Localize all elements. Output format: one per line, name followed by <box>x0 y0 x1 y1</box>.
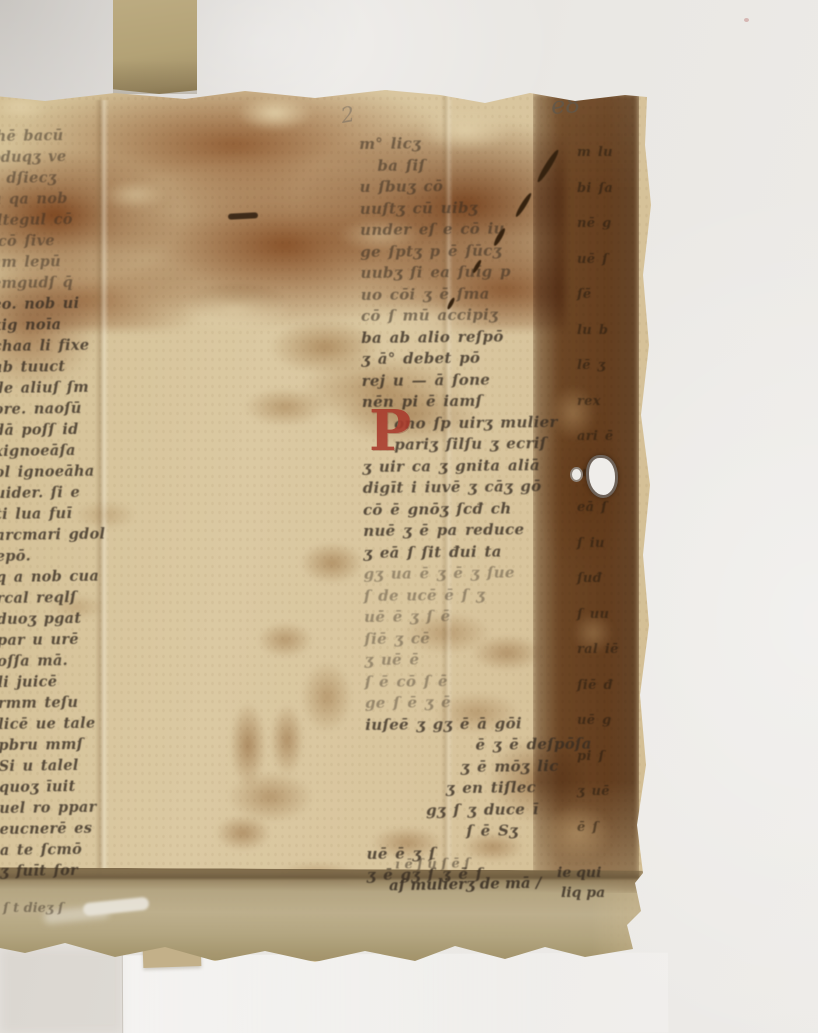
manuscript-text-line: ge ſptʒ p ē ſūcʒ <box>360 240 550 263</box>
manuscript-text-line: uo cōi ʒ ē ſma <box>361 283 551 306</box>
manuscript-text-line: bi ſa <box>577 171 643 207</box>
manuscript-text-line: pi ſ <box>577 739 643 775</box>
bottom-right-text-fragment-2: liq pa <box>561 885 605 901</box>
worm-hole <box>586 455 618 498</box>
manuscript-text-line: ʒ ā° debet pō <box>361 347 551 370</box>
manuscript-text-line: ʒ en tiſlec <box>366 777 556 800</box>
manuscript-text-line: ſ iu <box>577 526 643 562</box>
manuscript-text-line: quoʒ īuit <box>0 775 154 798</box>
small-hole <box>570 467 583 482</box>
manuscript-text-line: ʒ dſiecʒ <box>0 166 146 189</box>
background-shadow-lower-left <box>0 948 124 1033</box>
manuscript-text-line: ore. naoſū <box>0 397 149 420</box>
manuscript-text-line: pduqʒ ve <box>0 145 145 168</box>
bottom-left-text-fragment: ſ t dieʒ ſ <box>3 901 63 916</box>
manuscript-text-line: licē ue tale <box>0 712 153 735</box>
manuscript-text-line: ʒ ē mōʒ lic <box>366 755 556 778</box>
manuscript-text-line: gʒ ua ē ʒ ē ʒ ſue <box>364 562 554 585</box>
manuscript-text-line: ari ē <box>577 419 643 455</box>
manuscript-text-line: arcmari gdol <box>0 523 151 546</box>
manuscript-text-line: ba ſiſ <box>359 154 549 177</box>
manuscript-column-left: ihē bacūpduqʒ veʒ dſiecʒu qa noblltegul … <box>0 124 155 882</box>
manuscript-text-line: uē ſ <box>577 242 643 278</box>
manuscript-text-line: lu b <box>577 313 643 349</box>
manuscript-text-line: pbru mmſ <box>0 733 154 756</box>
manuscript-text-line: rcal reqlſ <box>0 586 151 609</box>
manuscript-text-line: q a nob cua <box>0 565 151 588</box>
manuscript-text-line: ihē bacū <box>0 124 145 147</box>
mounting-tape-shadow <box>113 60 197 94</box>
manuscript-text-line: xig noīa <box>0 313 148 336</box>
manuscript-text-line: ol ignoeāha <box>0 460 150 483</box>
manuscript-text-line: under eſ e cō iu <box>360 218 550 241</box>
manuscript-text-line: oſſa mā. <box>0 649 152 672</box>
manuscript-text-line: ſiē đ <box>577 668 643 704</box>
manuscript-text-line: dā poſſ id <box>0 418 149 441</box>
manuscript-text-line: de aliuſ ſm <box>0 376 149 399</box>
manuscript-photograph: ihē bacūpduqʒ veʒ dſiecʒu qa noblltegul … <box>0 0 818 1033</box>
manuscript-text-line: ſē <box>577 277 643 313</box>
manuscript-text-line: emgudſ q̄ <box>0 271 147 294</box>
manuscript-text-line: ſ ē Sʒ <box>366 820 556 843</box>
manuscript-text-line: li juicē <box>0 670 153 693</box>
manuscript-text-line: uē g <box>577 703 643 739</box>
manuscript-text-line: ab tuuct <box>0 355 148 378</box>
manuscript-text-line: ʒ uē <box>577 774 643 810</box>
manuscript-text-line: ē ʒ ē deſpōſa <box>365 734 555 757</box>
manuscript-text-line: ſcō ſive <box>0 229 146 252</box>
manuscript-text-line: m lu <box>577 135 643 171</box>
manuscript-text-line: uē ē ʒ ſ ē <box>364 605 554 628</box>
manuscript-text-line: par u urē <box>0 628 152 651</box>
background-sheet-edge <box>122 953 668 1033</box>
manuscript-text-line: nē g <box>577 206 643 242</box>
background-speck <box>744 18 749 22</box>
manuscript-text-line: rej u — ā ſone <box>362 369 552 392</box>
manuscript-text-line: uel ro ppar <box>0 796 154 819</box>
manuscript-text-line: eo. nob ui <box>0 292 147 315</box>
manuscript-text-line: u qa nob <box>0 187 146 210</box>
manuscript-text-line: Si u talel <box>0 754 154 777</box>
manuscript-text-line: ſiē ʒ cē <box>364 626 554 649</box>
manuscript-text-line: a te ſcmō <box>0 838 155 861</box>
manuscript-text-line: ba ab alio reſpō <box>361 326 551 349</box>
manuscript-text-line: ʒ uē ē <box>364 648 554 671</box>
manuscript-text-line: lltegul cō <box>0 208 146 231</box>
manuscript-text-line: ge ſ ē ʒ ē <box>365 691 555 714</box>
manuscript-text-line: ſ ē cō ſ ē <box>365 669 555 692</box>
bottom-center-text-fragment: aſ mulierʒ de mā / <box>389 874 542 895</box>
manuscript-text-line: ʒ fuīt ſor <box>0 859 155 882</box>
manuscript-text-line: uider. ſi e <box>0 481 150 504</box>
manuscript-text-line: rmm teſu <box>0 691 153 714</box>
manuscript-column-center: m° licʒba ſiſu ſbuʒ cōuuſtʒ cū uibʒunder… <box>359 132 557 886</box>
manuscript-text-line: cō ē gnōʒ ſcđ ch <box>363 498 553 521</box>
manuscript-text-line: ſuđ <box>577 561 643 597</box>
manuscript-text-line: epō. <box>0 544 151 567</box>
manuscript-text-line: uubʒ ſi ea ſuīg p <box>360 261 550 284</box>
manuscript-text-line: nuē ʒ ē pa reduce <box>363 519 553 542</box>
manuscript-text-line: gʒ ſ ʒ duce ī <box>366 798 556 821</box>
manuscript-text-line: ti lua fuī <box>0 502 150 525</box>
manuscript-text-line: eucnerē es <box>0 817 155 840</box>
manuscript-text-line: chaa li fixe <box>0 334 148 357</box>
manuscript-text-line: ſ de ucē ē ſ ʒ <box>364 584 554 607</box>
manuscript-text-line: xignoeāſa <box>0 439 149 462</box>
manuscript-text-line: lē ʒ <box>577 348 643 384</box>
manuscript-text-line: cō ſ mū accipiʒ <box>361 304 551 327</box>
rubric-initial-letter: P <box>369 403 411 459</box>
manuscript-text-line: u ſbuʒ cō <box>360 175 550 198</box>
manuscript-text-line: ē ſ <box>577 810 643 846</box>
manuscript-text-line: rex <box>577 384 643 420</box>
manuscript-text-line: ſ uu <box>577 597 643 633</box>
manuscript-text-line: am lepū <box>0 250 147 273</box>
manuscript-text-line: iuſeē ʒ gʒ ē ā gōi <box>365 712 555 735</box>
manuscript-text-line: duoʒ pgat <box>0 607 152 630</box>
manuscript-text-line: ral iē <box>577 632 643 668</box>
manuscript-text-line: ʒ eā ſ ſit đui ta <box>363 541 553 564</box>
parchment-fragment: ihē bacūpduqʒ veʒ dſiecʒu qa noblltegul … <box>0 85 653 965</box>
manuscript-text-line: m° licʒ <box>359 132 549 155</box>
bottom-center-text-fragment-faint: ı ē ſ ū ſ ē ſ <box>395 856 470 872</box>
manuscript-text-line: digīt i iuvē ʒ cāʒ gō <box>363 476 553 499</box>
bottom-right-text-fragment-1: ie qui <box>557 865 601 881</box>
